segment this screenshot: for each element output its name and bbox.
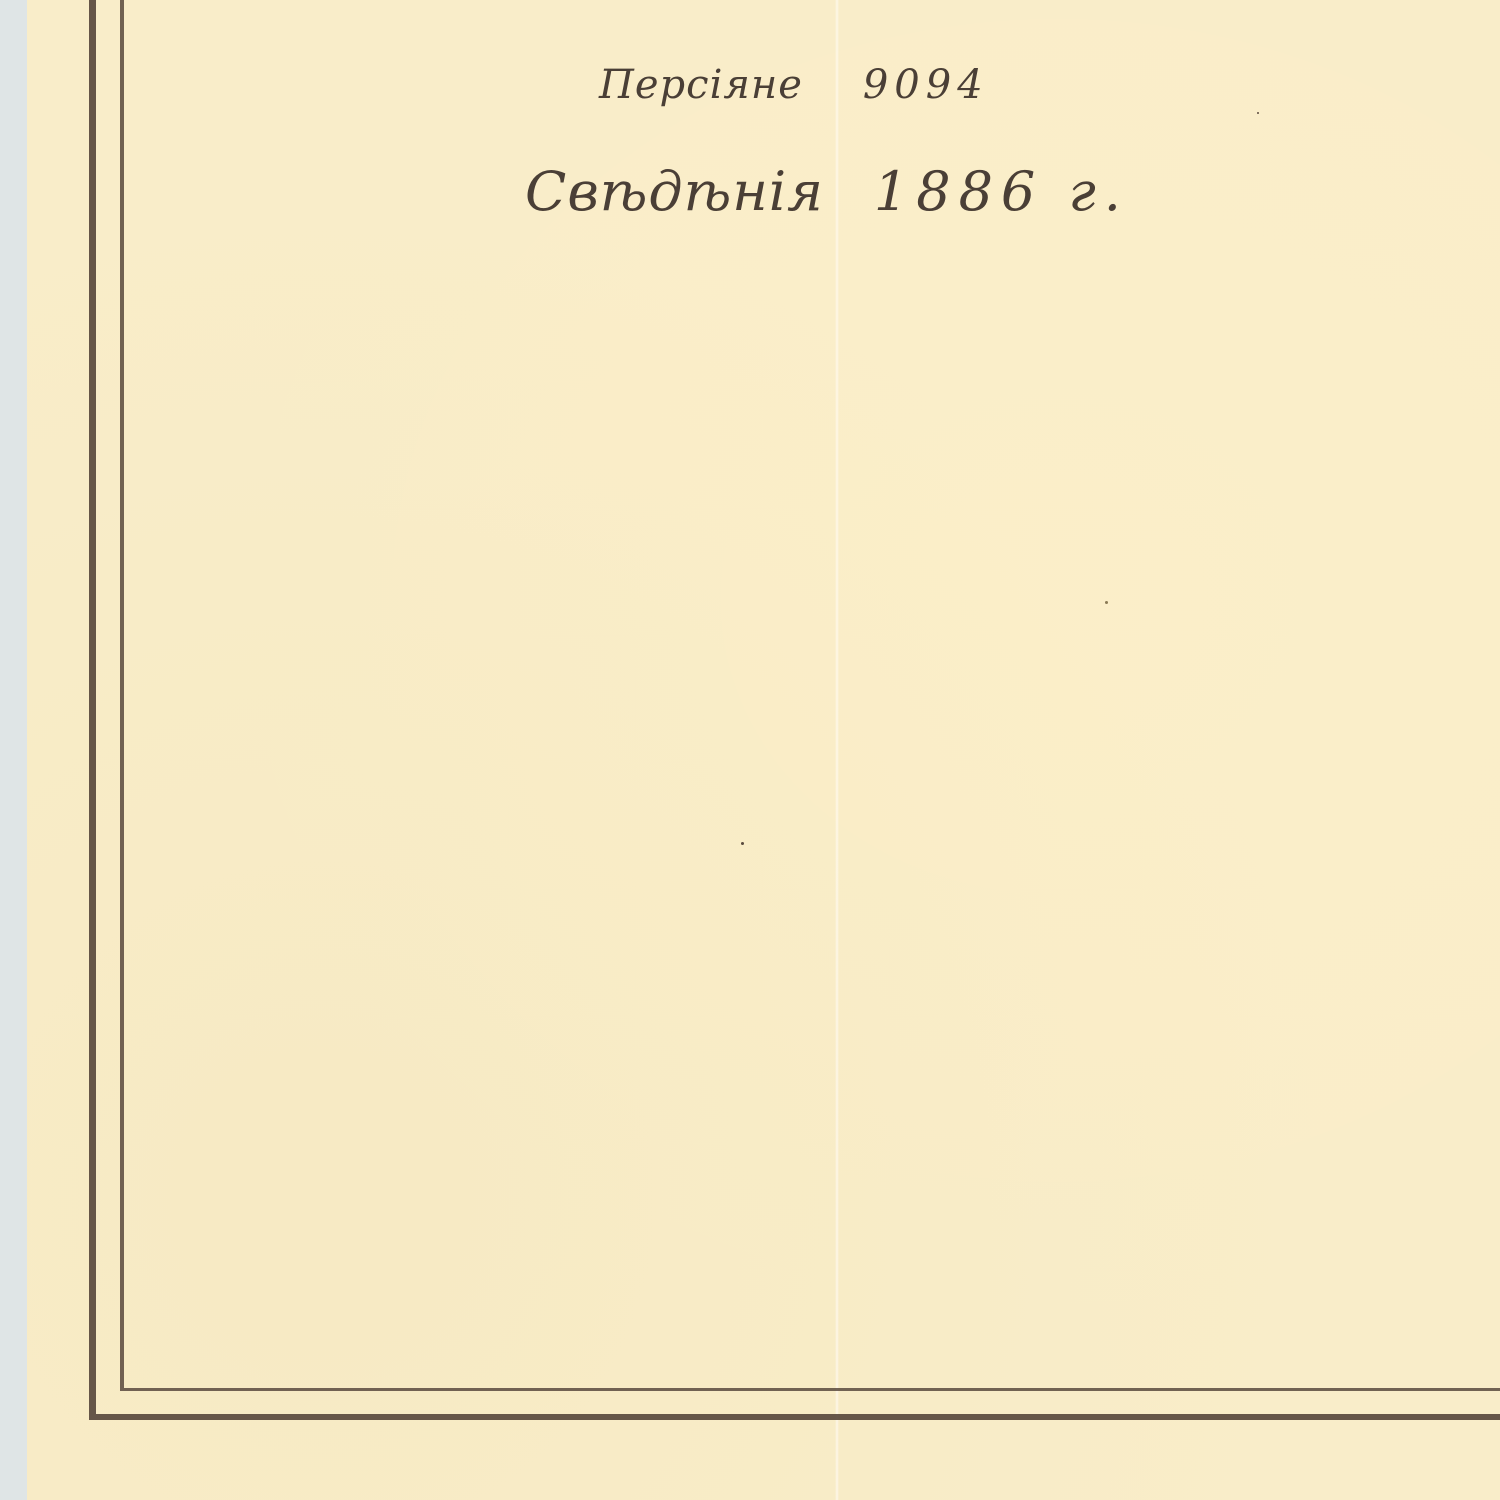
- paper-speck: [741, 842, 744, 845]
- paper-speck: [1105, 601, 1108, 604]
- heading-line-1: Персіяне9094: [599, 62, 989, 108]
- paper-sheet: Персіяне9094 Свѣдѣнія1886 г.: [27, 0, 1500, 1500]
- scanned-page: Персіяне9094 Свѣдѣнія1886 г.: [0, 0, 1500, 1500]
- catalog-number: 9094: [863, 62, 989, 108]
- ethnonym-text: Персіяне: [599, 62, 803, 108]
- year-text: 1886 г.: [874, 160, 1129, 223]
- paper-speck: [1257, 112, 1259, 114]
- info-label-text: Свѣдѣнія: [525, 160, 824, 223]
- heading-line-2: Свѣдѣнія1886 г.: [525, 160, 1129, 223]
